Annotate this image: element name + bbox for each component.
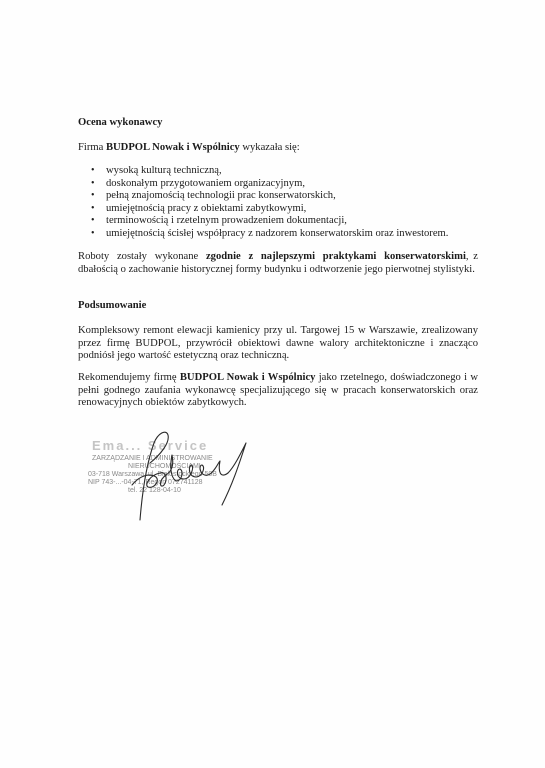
- list-item: pełną znajomością technologii prac konse…: [78, 190, 478, 203]
- qualities-list: wysoką kulturą techniczną, doskonałym pr…: [78, 165, 478, 241]
- works-paragraph: Roboty zostały wykonane zgodnie z najlep…: [78, 251, 478, 276]
- section-heading-contractor-evaluation: Ocena wykonawcy: [78, 117, 478, 130]
- works-emphasis: zgodnie z najlepszymi praktykami konserw…: [206, 251, 466, 262]
- list-item: doskonałym przygotowaniem organizacyjnym…: [78, 178, 478, 191]
- rec-company-name: BUDPOL Nowak i Wspólnicy: [180, 372, 316, 383]
- summary-paragraph: Kompleksowy remont elewacji kamienicy pr…: [78, 325, 478, 363]
- list-item: umiejętnością pracy z obiektami zabytkow…: [78, 203, 478, 216]
- section-heading-summary: Podsumowanie: [78, 300, 478, 313]
- company-name: BUDPOL Nowak i Wspólnicy: [106, 142, 240, 153]
- company-intro: Firma BUDPOL Nowak i Wspólnicy wykazała …: [78, 142, 478, 155]
- list-item: wysoką kulturą techniczną,: [78, 165, 478, 178]
- list-item: umiejętnością ścisłej współpracy z nadzo…: [78, 228, 478, 241]
- handwritten-signature-icon: [110, 425, 260, 525]
- intro-suffix: wykazała się:: [240, 142, 300, 153]
- rec-prefix: Rekomendujemy firmę: [78, 372, 180, 383]
- works-prefix: Roboty zostały wykonane: [78, 251, 206, 262]
- list-item: terminowością i rzetelnym prowadzeniem d…: [78, 215, 478, 228]
- recommendation-paragraph: Rekomendujemy firmę BUDPOL Nowak i Wspól…: [78, 372, 478, 410]
- document-page: Ocena wykonawcy Firma BUDPOL Nowak i Wsp…: [0, 0, 545, 768]
- intro-prefix: Firma: [78, 142, 106, 153]
